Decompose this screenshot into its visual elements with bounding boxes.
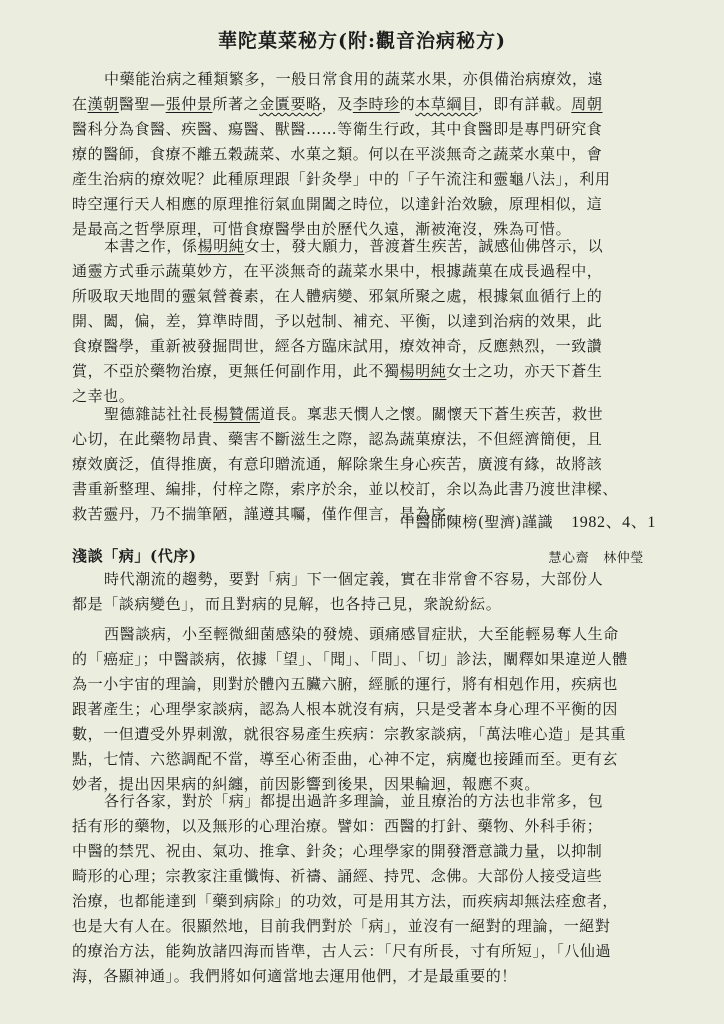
signature-text: 中醫師陳榜(聖濟)謹識 [400,513,553,531]
text-line: 聖德雜誌社社長楊贊儒道長。稟悲天憫人之懷。關懷天下蒼生疾苦，救世 [72,402,658,427]
text-line: 都是「談病變色」，而且對病的見解，也各持己見，衆說紛紜。 [72,592,658,617]
text-line: 心切，在此藥物昂貴、藥害不斷滋生之際，認為蔬菓療法，不但經濟簡便，且 [72,427,658,452]
underlined-name: 李時珍 [353,95,400,113]
text-line: 賞，不亞於藥物治療，更無任何副作用，此不獨楊明純女士之功，亦天下蒼生 [72,359,658,384]
section-paragraph-3: 各行各家，對於「病」都提出過許多理論，並且療治的方法也非常多，包括有形的藥物，以… [72,789,658,989]
text-line: 本書之作，係楊明純女士，發大願力，普渡蒼生疾苦，誠感仙佛啓示，以 [72,234,658,259]
text-line: 所吸取天地間的靈氣營養素，在人體病變、邪氣所聚之處，根據氣血循行上的 [72,284,658,309]
text-line: 的療治方法，能夠放諸四海而皆準，古人云：「尺有所長，寸有所短」，「八仙過 [72,939,658,964]
text-line: 的「癌症」；中醫談病，依據「望」、「聞」、「問」、「切」診法，闡釋如果違逆人體 [72,647,658,672]
text-line: 跟著產生；心理學家談病，認為人根本就沒有病，只是受著本身心理不平衡的因 [72,697,658,722]
author-studio: 慧心齋 [548,551,589,566]
signature-date: 1982、4、1 [571,514,656,531]
book-title-mark: 本草綱目 [415,95,477,113]
section-author: 慧心齋林仲瑩 [548,547,644,566]
text-line: 在漢朝醫聖—張仲景所著之金匱要略，及李時珍的本草綱目，即有詳載。周朝 [72,92,658,117]
text-line: 括有形的藥物，以及無形的心理治療。譬如：西醫的打針、藥物、外科手術； [72,814,658,839]
text-line: 時代潮流的趨勢，要對「病」下一個定義，實在非常會不容易，大部份人 [72,567,658,592]
section-paragraph-1: 時代潮流的趨勢，要對「病」下一個定義，實在非常會不容易，大部份人都是「談病變色」… [72,567,658,617]
text-line: 書重新整理、編排，付梓之際，索序於余，並以校訂，余以為此書乃渡世津樑、 [72,477,658,502]
underlined-name: 張仲景 [166,95,213,113]
text-line: 數，一但遭受外界刺激，就很容易產生疾病：宗教家談病，「萬法唯心造」是其重 [72,722,658,747]
text-line: 療效廣泛，值得推廣，有意印贈流通，解除衆生身心疾苦，廣渡有緣，故將該 [72,452,658,477]
text-line: 治療，也都能達到「藥到病除」的功效，可是用其方法，而疾病却無法痊愈者， [72,889,658,914]
book-title-mark: 金匱要略 [259,95,321,113]
text-line: 時空運行天人相應的原理推衍氣血開闔之時位，以達針治效驗，原理相似，這 [72,192,658,217]
page-title: 華陀菓菜秘方(附:觀音治病秘方) [0,26,724,53]
section-title: 淺談「病」(代序) [72,545,197,566]
text-line: 中藥能治病之種類繁多，一般日常食用的蔬菜水果，亦俱備治病療效，遠 [72,67,658,92]
text-line: 也是大有人在。很顯然地，目前我們對於「病」，並沒有一絕對的理論，一絕對 [72,914,658,939]
text-line: 產生治病的療效呢？此種原理跟「針灸學」中的「子午流注和靈龜八法」，利用 [72,167,658,192]
text-line: 各行各家，對於「病」都提出過許多理論，並且療治的方法也非常多，包 [72,789,658,814]
text-line: 海，各顯神通」。我們將如何適當地去運用他們，才是最重要的！ [72,964,658,989]
preface-paragraph-2: 本書之作，係楊明純女士，發大願力，普渡蒼生疾苦，誠感仙佛啓示，以通靈方式垂示蔬菓… [72,234,658,409]
underlined-name: 周朝 [571,95,602,113]
underlined-name: 楊明純 [198,237,245,255]
text-line: 食療醫學，重新被發掘問世，經各方臨床試用，療效神奇，反應熱烈，一致讚 [72,334,658,359]
text-line: 點，七情、六慾調配不當，導至心術歪曲，心神不定，病魔也接踵而至。更有玄 [72,747,658,772]
text-line: 醫科分為食醫、疾醫、瘍醫、獸醫……等衛生行政，其中食醫即是專門研究食 [72,117,658,142]
text-line: 通靈方式垂示蔬菓妙方，在平淡無奇的蔬菜水果中，根據蔬菓在成長過程中， [72,259,658,284]
preface-paragraph-1: 中藥能治病之種類繁多，一般日常食用的蔬菜水果，亦俱備治病療效，遠在漢朝醫聖—張仲… [72,67,658,242]
text-line: 西醫談病，小至輕微細菌感染的發燒、頭痛感冒症狀，大至能輕易奪人生命 [72,622,658,647]
underlined-name: 漢朝 [88,95,119,113]
text-line: 為一小宇宙的理論，則對於體內五臟六腑，經脈的運行，將有相剋作用，疾病也 [72,672,658,697]
underlined-name: 楊明純 [400,362,447,380]
document-page: 華陀菓菜秘方(附:觀音治病秘方) 中藥能治病之種類繁多，一般日常食用的蔬菜水果，… [0,0,724,1024]
section-paragraph-2: 西醫談病，小至輕微細菌感染的發燒、頭痛感冒症狀，大至能輕易奪人生命的「癌症」；中… [72,622,658,797]
text-line: 開、闔，偏，差，算準時間，予以尅制、補充、平衡，以達到治病的效果，此 [72,309,658,334]
text-line: 中醫的禁咒、祝由、氣功、推拿、針灸；心理學家的開發潛意識力量，以抑制 [72,839,658,864]
author-name: 林仲瑩 [603,551,644,566]
preface-signature: 中醫師陳榜(聖濟)謹識1982、4、1 [400,509,656,532]
underlined-name: 楊贊儒 [213,405,260,423]
text-line: 療的醫師，食療不離五穀蔬菜、水菓之類。何以在平淡無奇之蔬菜水菓中，會 [72,142,658,167]
text-line: 畸形的心理；宗教家注重懺悔、祈禱、誦經、持咒、念佛。大部份人接受這些 [72,864,658,889]
